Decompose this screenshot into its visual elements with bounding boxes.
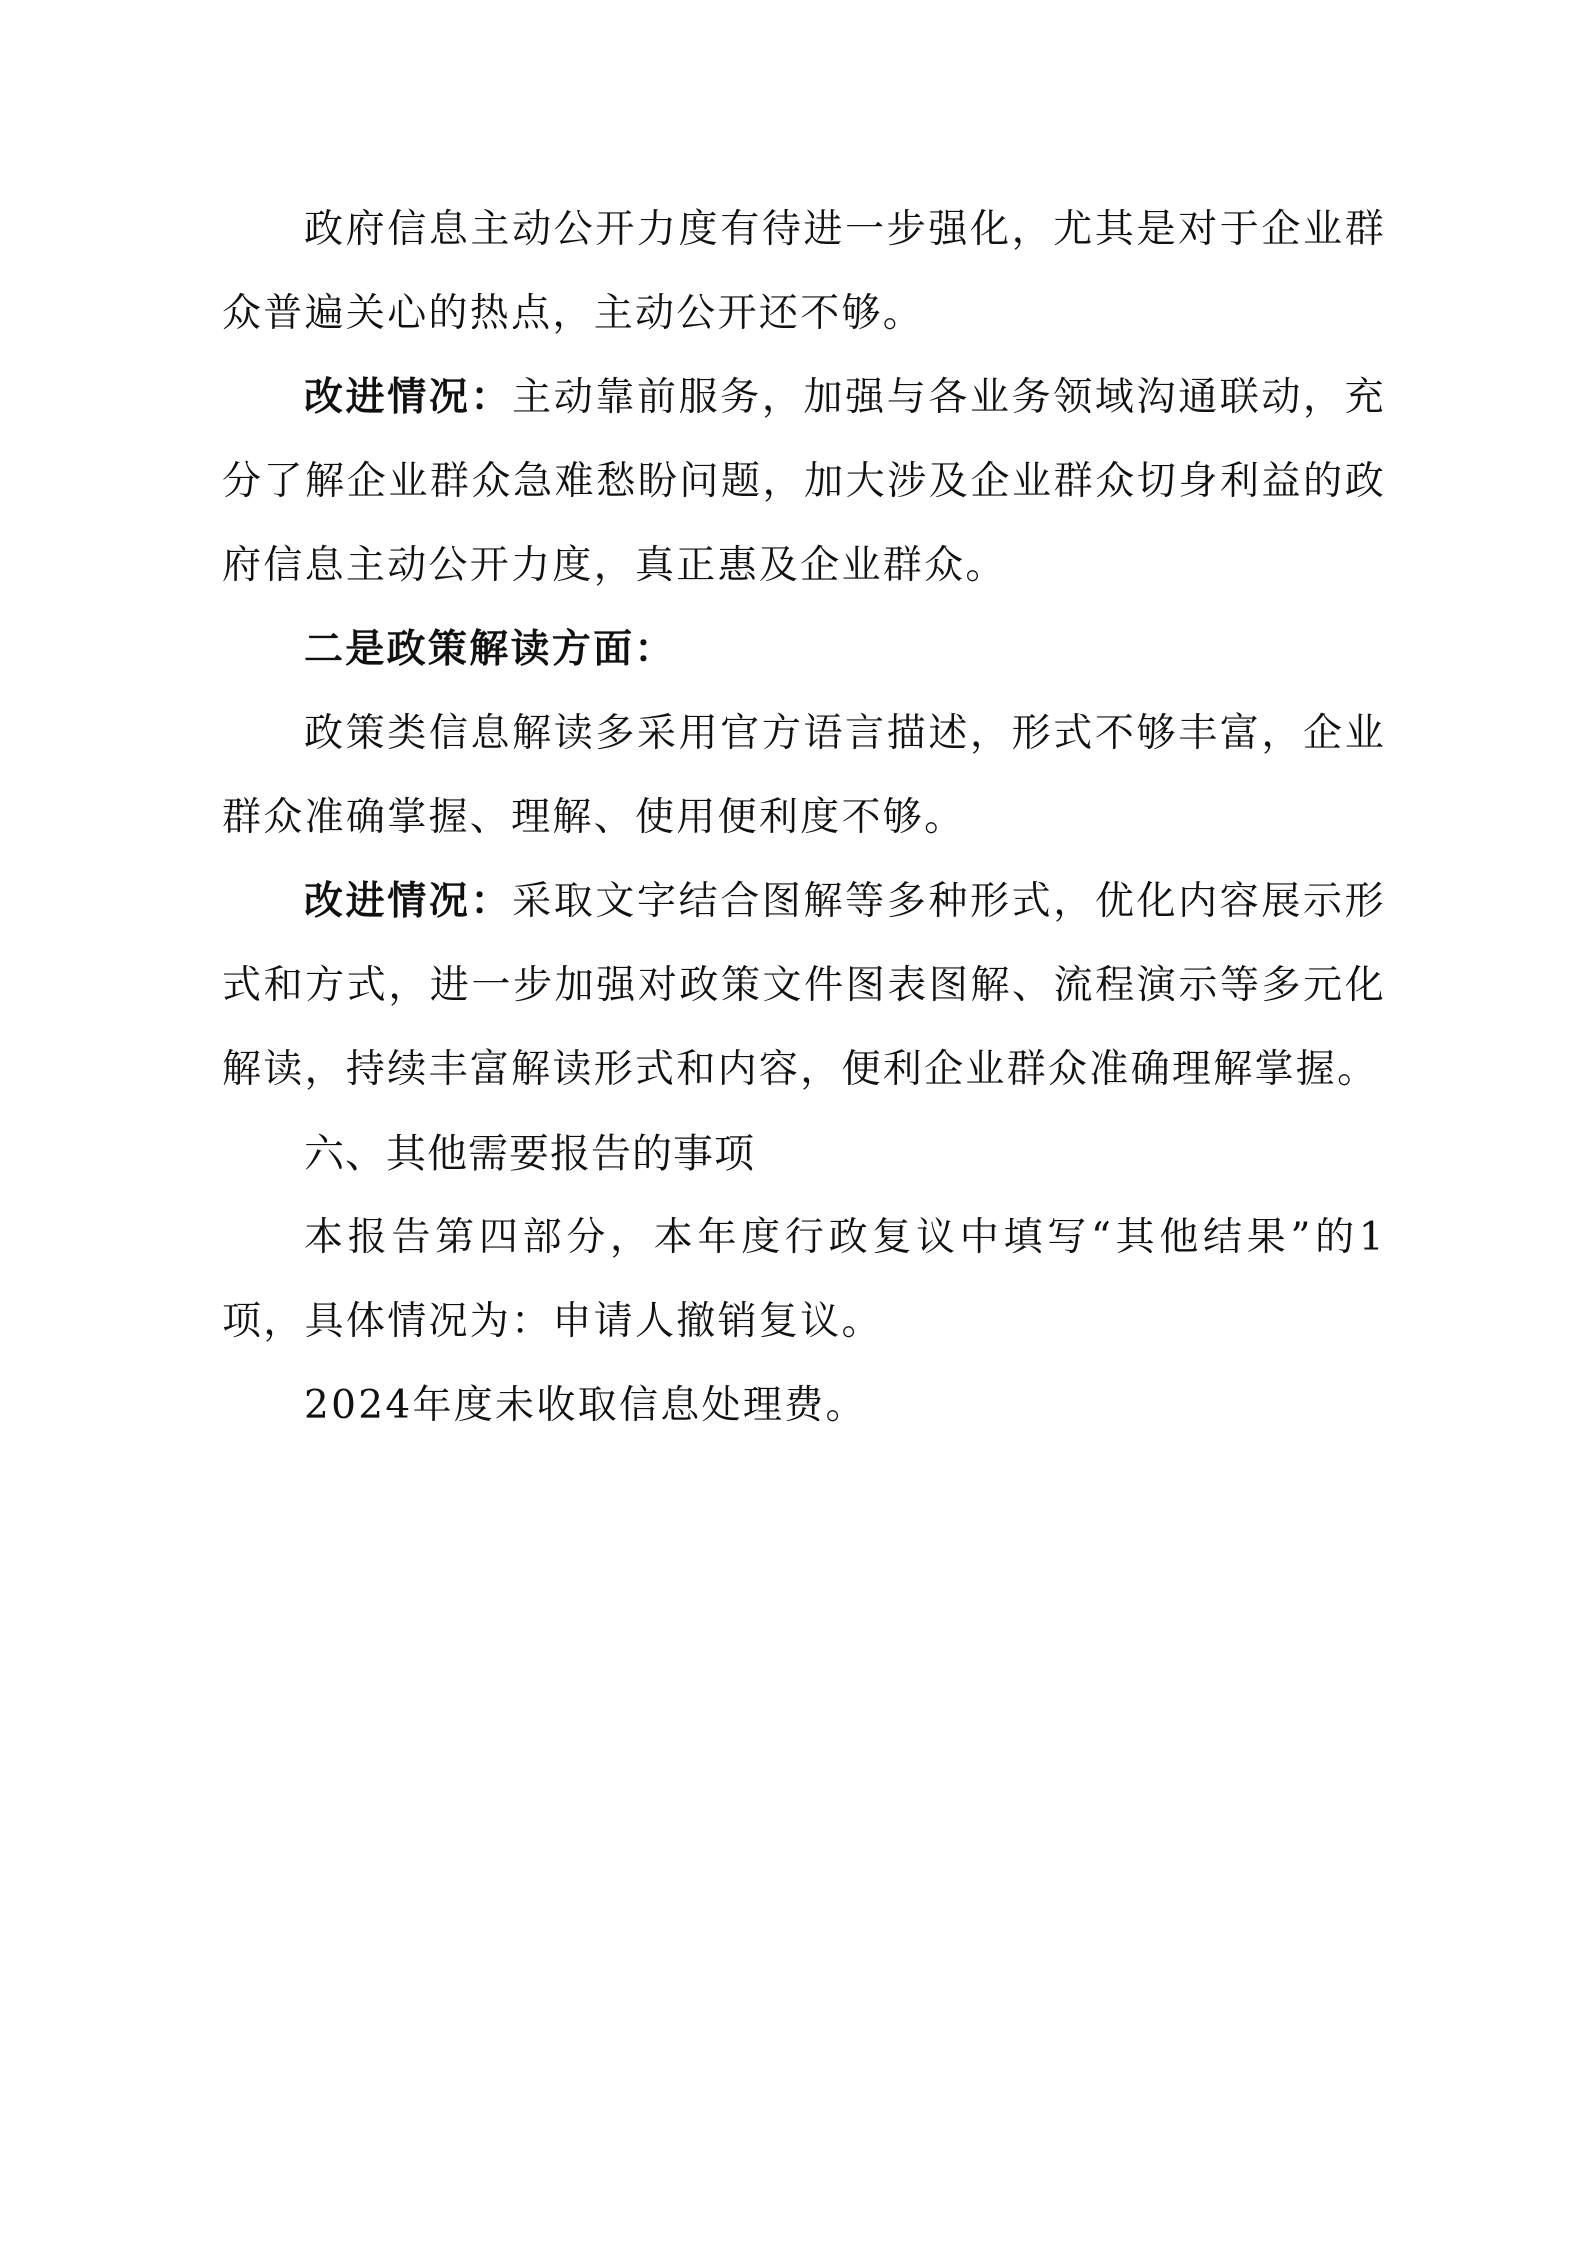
subheading-policy-interpretation: 二是政策解读方面： [222, 608, 1386, 692]
improvement-label: 改进情况： [304, 879, 512, 924]
paragraph-disclosure-issue: 政府信息主动公开力度有待进一步强化，尤其是对于企业群众普遍关心的热点，主动公开还… [222, 188, 1386, 356]
paragraph-fee-note: 2024年度未收取信息处理费。 [222, 1364, 1386, 1448]
paragraph-improvement-disclosure: 改进情况：主动靠前服务，加强与各业务领域沟通联动，充分了解企业群众急难愁盼问题，… [222, 356, 1386, 608]
improvement-label: 改进情况： [304, 375, 512, 420]
section-heading-other-matters: 六、其他需要报告的事项 [222, 1112, 1386, 1196]
paragraph-policy-issue: 政策类信息解读多采用官方语言描述，形式不够丰富，企业群众准确掌握、理解、使用便利… [222, 692, 1386, 860]
paragraph-review-result: 本报告第四部分，本年度行政复议中填写“其他结果”的1项，具体情况为：申请人撤销复… [222, 1196, 1386, 1364]
document-page: 政府信息主动公开力度有待进一步强化，尤其是对于企业群众普遍关心的热点，主动公开还… [222, 188, 1386, 1448]
paragraph-improvement-policy: 改进情况：采取文字结合图解等多种形式，优化内容展示形式和方式，进一步加强对政策文… [222, 860, 1386, 1112]
